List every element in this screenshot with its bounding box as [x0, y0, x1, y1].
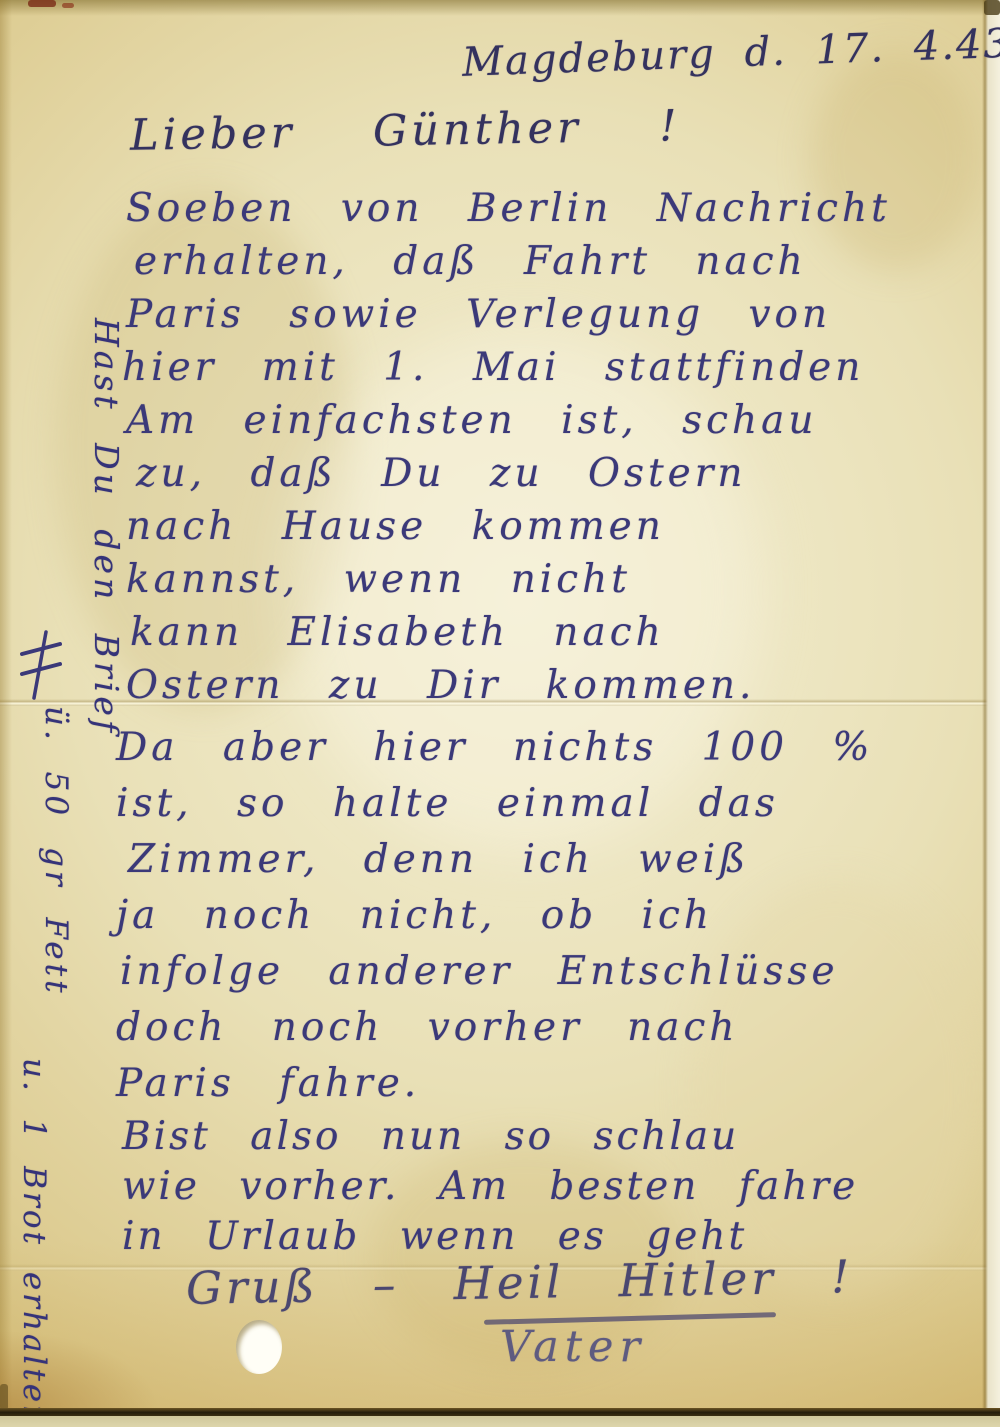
text-line: erhalten, daß Fahrt nach: [134, 235, 1000, 288]
signature: Vater: [500, 1322, 646, 1372]
text-line: doch noch vorher nach: [116, 1000, 1000, 1056]
text-line: Am einfachsten ist, schau: [126, 394, 1000, 447]
margin-note-line-1: Hast Du den Brief: [86, 318, 126, 758]
edge-speck: [0, 1384, 8, 1410]
scan-bottom-backing: [0, 1416, 1000, 1427]
text-line: Soeben von Berlin Nachricht: [126, 182, 1000, 235]
edge-speck: [984, 0, 1000, 15]
paragraph-2: Da aber hier nichts 100 % ist, so halte …: [116, 720, 1000, 1112]
edge-speck: [28, 0, 56, 7]
text-line: hier mit 1. Mai stattfinden: [122, 341, 1000, 394]
paragraph-3: Bist also nun so schlau wie vorher. Am b…: [122, 1112, 1000, 1262]
text-line: ist, so halte einmal das: [116, 776, 1000, 832]
text-line: nach Hause kommen: [126, 500, 1000, 553]
margin-note-line-2: ü. 50 gr Fett: [38, 706, 74, 1078]
text-line: Paris sowie Verlegung von: [126, 288, 1000, 341]
paragraph-1: Soeben von Berlin Nachricht erhalten, da…: [126, 182, 1000, 712]
margin-note-line-3: u. 1 Brot erhalten: [16, 1058, 52, 1427]
text-line: kannst, wenn nicht: [126, 553, 1000, 606]
text-line: Zimmer, denn ich weiß: [128, 832, 1000, 888]
text-line: Paris fahre.: [116, 1056, 1000, 1112]
text-line: kann Elisabeth nach: [130, 606, 1000, 659]
text-line: zu, daß Du zu Ostern: [136, 447, 1000, 500]
text-line: Da aber hier nichts 100 %: [116, 720, 1000, 776]
letter-scan: Magdeburg d. 17. 4.43. Lieber Günther ! …: [0, 0, 1000, 1427]
paper-edge-left: [0, 0, 12, 1427]
crossed-out-word-mark: [14, 628, 66, 710]
paper-edge-top: [0, 0, 1000, 16]
scan-bottom-shadow: [0, 1408, 1000, 1416]
text-line: Ostern zu Dir kommen.: [126, 659, 1000, 712]
text-line: Bist also nun so schlau: [122, 1112, 1000, 1162]
punch-hole: [236, 1320, 282, 1374]
edge-speck: [62, 3, 74, 8]
letter-paper: Magdeburg d. 17. 4.43. Lieber Günther ! …: [0, 0, 1000, 1427]
text-line: infolge anderer Entschlüsse: [120, 944, 1000, 1000]
salutation: Lieber Günther !: [130, 101, 681, 161]
text-line: ja noch nicht, ob ich: [116, 888, 1000, 944]
text-line: wie vorher. Am besten fahre: [122, 1162, 1000, 1212]
